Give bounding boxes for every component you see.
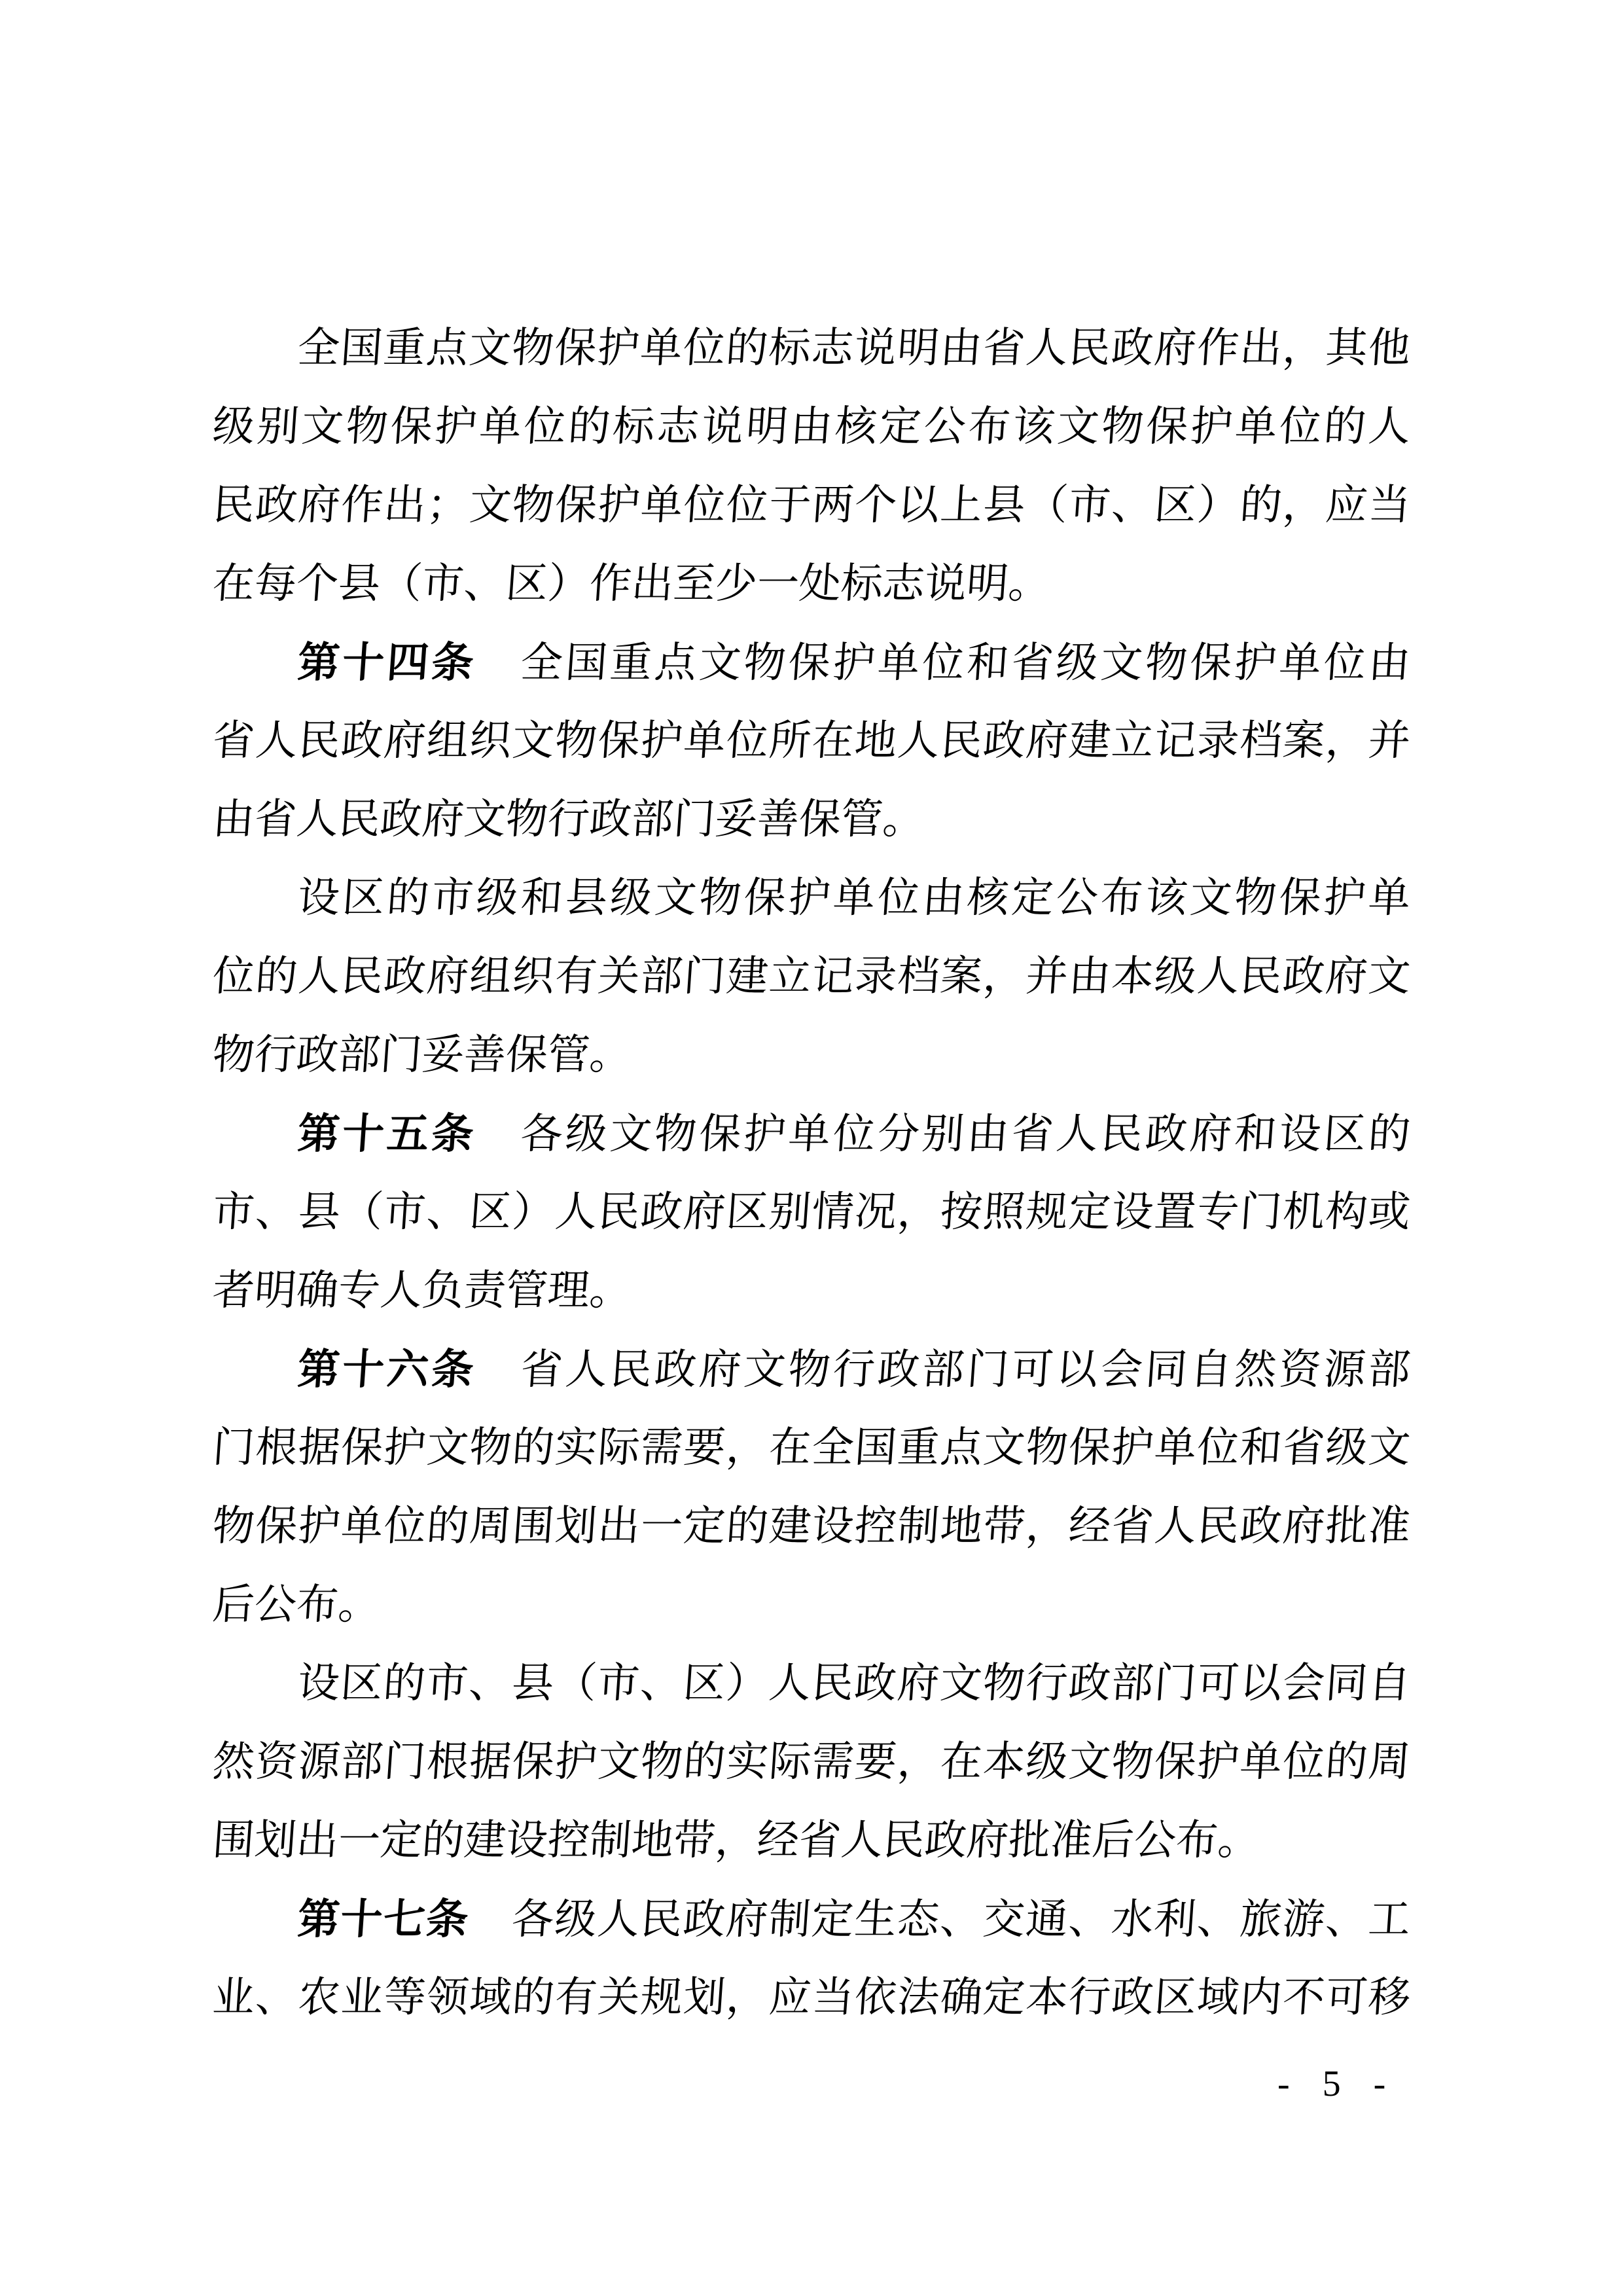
- text-line: 物保护单位的周围划出一定的建设控制地带，经省人民政府批准: [210, 1487, 1413, 1566]
- article-number: 第十七条: [296, 1895, 471, 1943]
- article-number: 第十六条: [296, 1346, 478, 1393]
- text-line: 由省人民政府文物行政部门妥善保管。: [210, 780, 1413, 859]
- article-number: 第十四条: [296, 639, 478, 686]
- document-body: 全国重点文物保护单位的标志说明由省人民政府作出，其他级别文物保护单位的标志说明由…: [213, 309, 1410, 2037]
- text-line: 民政府作出；文物保护单位位于两个以上县（市、区）的，应当: [210, 466, 1413, 545]
- text-line: 门根据保护文物的实际需要，在全国重点文物保护单位和省级文: [210, 1408, 1413, 1487]
- article-number: 第十五条: [296, 1110, 478, 1157]
- text-line: 省人民政府组织文物保护单位所在地人民政府建立记录档案，并: [210, 702, 1413, 780]
- text-line: 设区的市级和县级文物保护单位由核定公布该文物保护单: [210, 859, 1413, 937]
- text-line: 位的人民政府组织有关部门建立记录档案，并由本级人民政府文: [210, 937, 1413, 1016]
- text-line: 第十四条 全国重点文物保护单位和省级文物保护单位由: [210, 623, 1413, 702]
- text-line: 第十六条 省人民政府文物行政部门可以会同自然资源部: [210, 1330, 1413, 1408]
- text-line: 级别文物保护单位的标志说明由核定公布该文物保护单位的人: [210, 387, 1413, 466]
- text-line: 第十七条 各级人民政府制定生态、交通、水利、旅游、工: [210, 1880, 1413, 1958]
- text-line: 设区的市、县（市、区）人民政府文物行政部门可以会同自: [210, 1644, 1413, 1723]
- text-line: 在每个县（市、区）作出至少一处标志说明。: [210, 545, 1413, 623]
- text-line: 第十五条 各级文物保护单位分别由省人民政府和设区的: [210, 1094, 1413, 1173]
- text-line: 全国重点文物保护单位的标志说明由省人民政府作出，其他: [210, 309, 1413, 387]
- text-line: 围划出一定的建设控制地带，经省人民政府批准后公布。: [210, 1801, 1413, 1880]
- text-line: 然资源部门根据保护文物的实际需要，在本级文物保护单位的周: [210, 1723, 1413, 1801]
- text-line: 后公布。: [210, 1566, 1413, 1644]
- text-line: 市、县（市、区）人民政府区别情况，按照规定设置专门机构或: [210, 1173, 1413, 1251]
- text-line: 业、农业等领域的有关规划，应当依法确定本行政区域内不可移: [210, 1958, 1413, 2037]
- text-line: 者明确专人负责管理。: [210, 1251, 1413, 1330]
- text-line: 物行政部门妥善保管。: [210, 1016, 1413, 1094]
- page-number: - 5 -: [1277, 2060, 1397, 2108]
- document-page: 全国重点文物保护单位的标志说明由省人民政府作出，其他级别文物保护单位的标志说明由…: [0, 0, 1623, 2296]
